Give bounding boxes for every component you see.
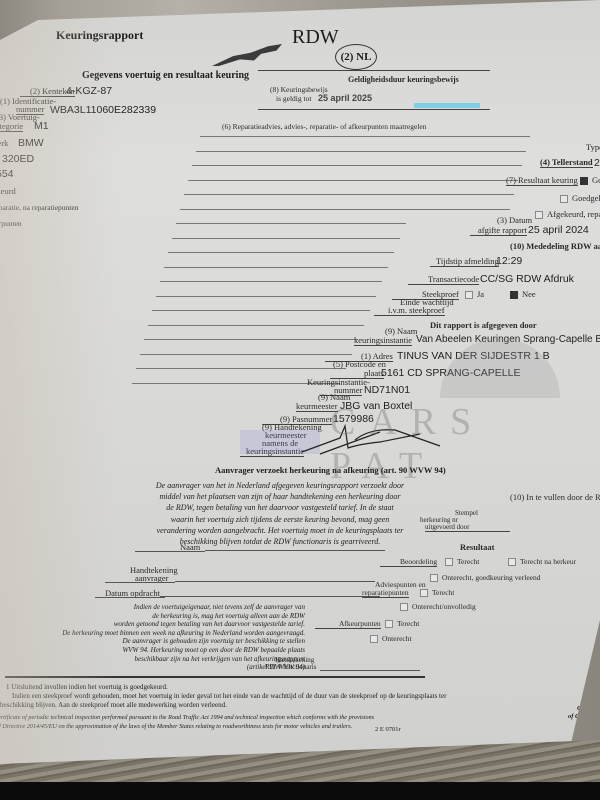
rdw-signature-field[interactable] [320,670,420,671]
advice-line [152,310,370,311]
issuer-heading: Dit rapport is afgegeven door [430,320,537,330]
odometer-label: (4) Tellerstand [540,157,593,168]
nl-emblem: (2) NL [335,44,377,70]
footnote-2: Indien een steekproef wordt gehouden, mo… [12,692,446,700]
station-number: ND71N01 [364,384,410,396]
ident-value: WBA3L11060E282339 [50,104,156,116]
section-vehicle-heading: Gegevens voertuig en resultaat keuring [82,70,249,81]
validity-label-2: is geldig tot [276,94,311,103]
transaction-value: CC/SG RDW Afdruk [480,273,574,285]
option-label: Onterecht [382,634,412,643]
transaction-label: Transactiecode [408,274,479,285]
highlight-mark [414,103,480,108]
sample-yes[interactable]: Ja [465,289,484,299]
rejection-incorrect[interactable]: Onterecht [370,634,412,643]
stamp-label: Stempel [455,509,478,517]
left-cut-label: Afgekeurd na reparatie, na reparatiepunt… [0,203,78,212]
advice-label: (6) Reparatieadvies, advies-, reparatie-… [222,122,426,131]
advice-line [156,296,376,297]
small-print-line: WVW 94. Herkeuring moet op een door de R… [50,646,305,655]
result-option-label: Afgekeurd, reparatie [547,209,600,219]
advice-line [168,252,394,253]
inspection-report-paper: Keuringsrapport RDW (2) NL Gegevens voer… [0,0,600,800]
applicant-signature-field[interactable] [175,581,375,582]
ident-label-2: nummer [16,104,44,115]
option-label: Terecht [397,619,419,628]
result-option[interactable]: Goedgekeurd na reparatie [560,193,600,203]
english-note-2: of Directive 2014/45/EU on the approxima… [0,723,352,730]
rejection-points-label: Afkeurpunten [315,619,381,629]
checkbox[interactable] [370,635,378,643]
assessment-label: Beoordeling [380,557,437,567]
result-option-label: Goedgekeurd na reparatie [572,193,600,203]
kenteken-label: (2) Kenteken [20,86,75,97]
result-checkbox[interactable] [560,195,568,203]
checkbox[interactable] [400,603,408,611]
odometer-value: 21 [594,157,600,169]
form-code: 2 E 0701r [375,726,401,733]
advice-line [144,339,358,340]
assessment-incorrect-approved[interactable]: Onterecht, goedkeuring verleend [430,573,541,582]
type-label: Type [586,142,600,152]
advice-line [180,209,510,210]
advice-line [172,238,400,239]
advice-line [160,281,382,282]
reinspection-small-print: Indien de voertuigeigenaar, niet tevens … [50,603,305,672]
checkbox[interactable] [420,589,428,597]
category-label: (3) Voertuig- [0,112,40,122]
advice-line [148,325,364,326]
advice-line [196,151,526,152]
checkbox[interactable] [508,558,516,566]
issuer-name-label-2: keuringsinstantie [354,335,412,346]
applicant-name-field[interactable] [205,550,385,551]
paragraph-line: verandering worden aangebracht. Het voer… [135,525,425,536]
english-note-1: Certificate of periodic technical inspec… [0,714,374,721]
rejection-correct[interactable]: Terecht [385,619,419,628]
sample-yes-checkbox[interactable] [465,291,473,299]
rdw-bird-logo [212,44,282,66]
small-print-line: De aanvrager is gehouden zijn voertuig t… [50,637,305,646]
checkbox[interactable] [430,574,438,582]
time-label: Tijdstip afmelding [430,256,499,267]
result-option-label: Goedgekeurd [592,175,600,185]
category-label-2: categorie [0,121,23,132]
advice-line [136,368,346,369]
small-print-line: Indien de voertuigeigenaar, niet tevens … [50,603,305,612]
paragraph-line: de RDW, tegen betaling van het daarvoor … [135,502,425,513]
date-label-2: afgifte rapport [470,225,527,236]
sample-yes-label: Ja [477,289,484,299]
advice-points-label-2: reparatiepunten [362,588,409,598]
advice-correct[interactable]: Terecht [420,588,454,597]
kenteken-value: 4-KGZ-87 [66,85,112,97]
option-label: Terecht [432,588,454,597]
ident-label: (1) Identificatie- [0,96,56,106]
option-label: Onterecht/onvolledig [412,602,476,611]
advice-line [192,165,522,166]
advice-line [200,136,530,137]
wait-label-2: i.v.m. steekproef [374,305,445,316]
advice-line [176,223,406,224]
footnote-3: beschikking blijven. Aan de steekproef m… [0,701,227,709]
make-value: BMW [18,137,44,149]
paragraph-line: beschikking blijven totdat de RDW functi… [135,536,425,547]
mededeling-heading: (10) Mededeling RDW aan aanvrager [510,241,600,251]
rdw-box-heading: (10) In te vullen door de RDW [510,492,600,502]
result-option[interactable]: Afgekeurd, reparatie [535,209,600,219]
assessment-correct-after[interactable]: Terecht na herkeur [508,557,576,566]
footnote-1: 1 Uitsluitend invullen indien het voertu… [6,683,168,691]
right-cut-text: Certific [577,705,597,712]
make-label: Merk [0,138,8,148]
sample-no-checkbox[interactable] [510,291,518,299]
result-heading: Resultaat [460,542,494,552]
date-label: (3) Datum [497,215,532,225]
validity-date: 25 april 2025 [318,93,372,103]
sample-no-label: Nee [522,289,536,299]
option-label: Terecht na herkeur [520,557,576,566]
result-checkbox[interactable] [580,177,588,185]
advice-line [184,194,514,195]
result-option[interactable]: Goedgekeurd [580,175,600,185]
advice-line [164,267,388,268]
result-checkbox[interactable] [535,211,543,219]
validity-heading: Geldigheidsduur keuringsbewijs [348,75,459,84]
validity-box: Geldigheidsduur keuringsbewijs (8) Keuri… [258,70,490,110]
partial-value: 554 [0,168,14,180]
date-value: 25 april 2024 [528,224,589,236]
advice-line [188,180,518,181]
checkbox[interactable] [445,558,453,566]
rdw-signature-label-2: RDW functionaris [265,663,316,671]
left-cut-label: Afkeurpunten [0,219,22,228]
model-value: 320ED [2,153,34,165]
result-label: (7) Resultaat keuring [506,175,578,186]
document-title: Keuringsrapport [56,28,143,43]
advice-incorrect[interactable]: Onterecht/onvolledig [400,602,476,611]
paragraph-line: waarin het voertuig zich tijdens de eers… [135,514,425,525]
performed-by-label: uitgevoerd door [425,523,510,532]
order-date-field[interactable] [160,596,380,597]
small-print-line: De herkeuring moet binnen een week na af… [50,629,305,638]
small-print-line: de herkeuring is, mag het voertuig allee… [50,612,305,621]
time-value: 12:29 [496,255,522,267]
rdw-logo-text: RDW [292,26,339,49]
small-print-line: worden getoond tegen betaling van het da… [50,620,305,629]
reinspection-paragraph: De aanvrager van het in Nederland afgege… [135,480,425,547]
checkbox[interactable] [385,620,393,628]
paragraph-line: De aanvrager van het in Nederland afgege… [135,480,425,491]
left-cut-label: Goedgekeurd [0,186,16,196]
watermark-emblem [440,338,560,398]
option-label: Terecht [457,557,479,566]
small-print-line: beschikbaar zijn na het verkrijgen van h… [50,655,305,664]
advice-line [140,354,352,355]
reinspection-heading: Aanvrager verzoekt herkeuring na afkeuri… [215,465,446,475]
paragraph-line: middel van het plaatsen van zijn of haar… [135,491,425,502]
category-value: M1 [34,120,49,132]
option-label: Onterecht, goedkeuring verleend [442,573,541,582]
sample-no[interactable]: Nee [510,289,536,299]
right-cut-text-2: of Council [568,713,596,720]
bottom-shadow [0,782,600,800]
assessment-correct[interactable]: Terecht [445,557,479,566]
